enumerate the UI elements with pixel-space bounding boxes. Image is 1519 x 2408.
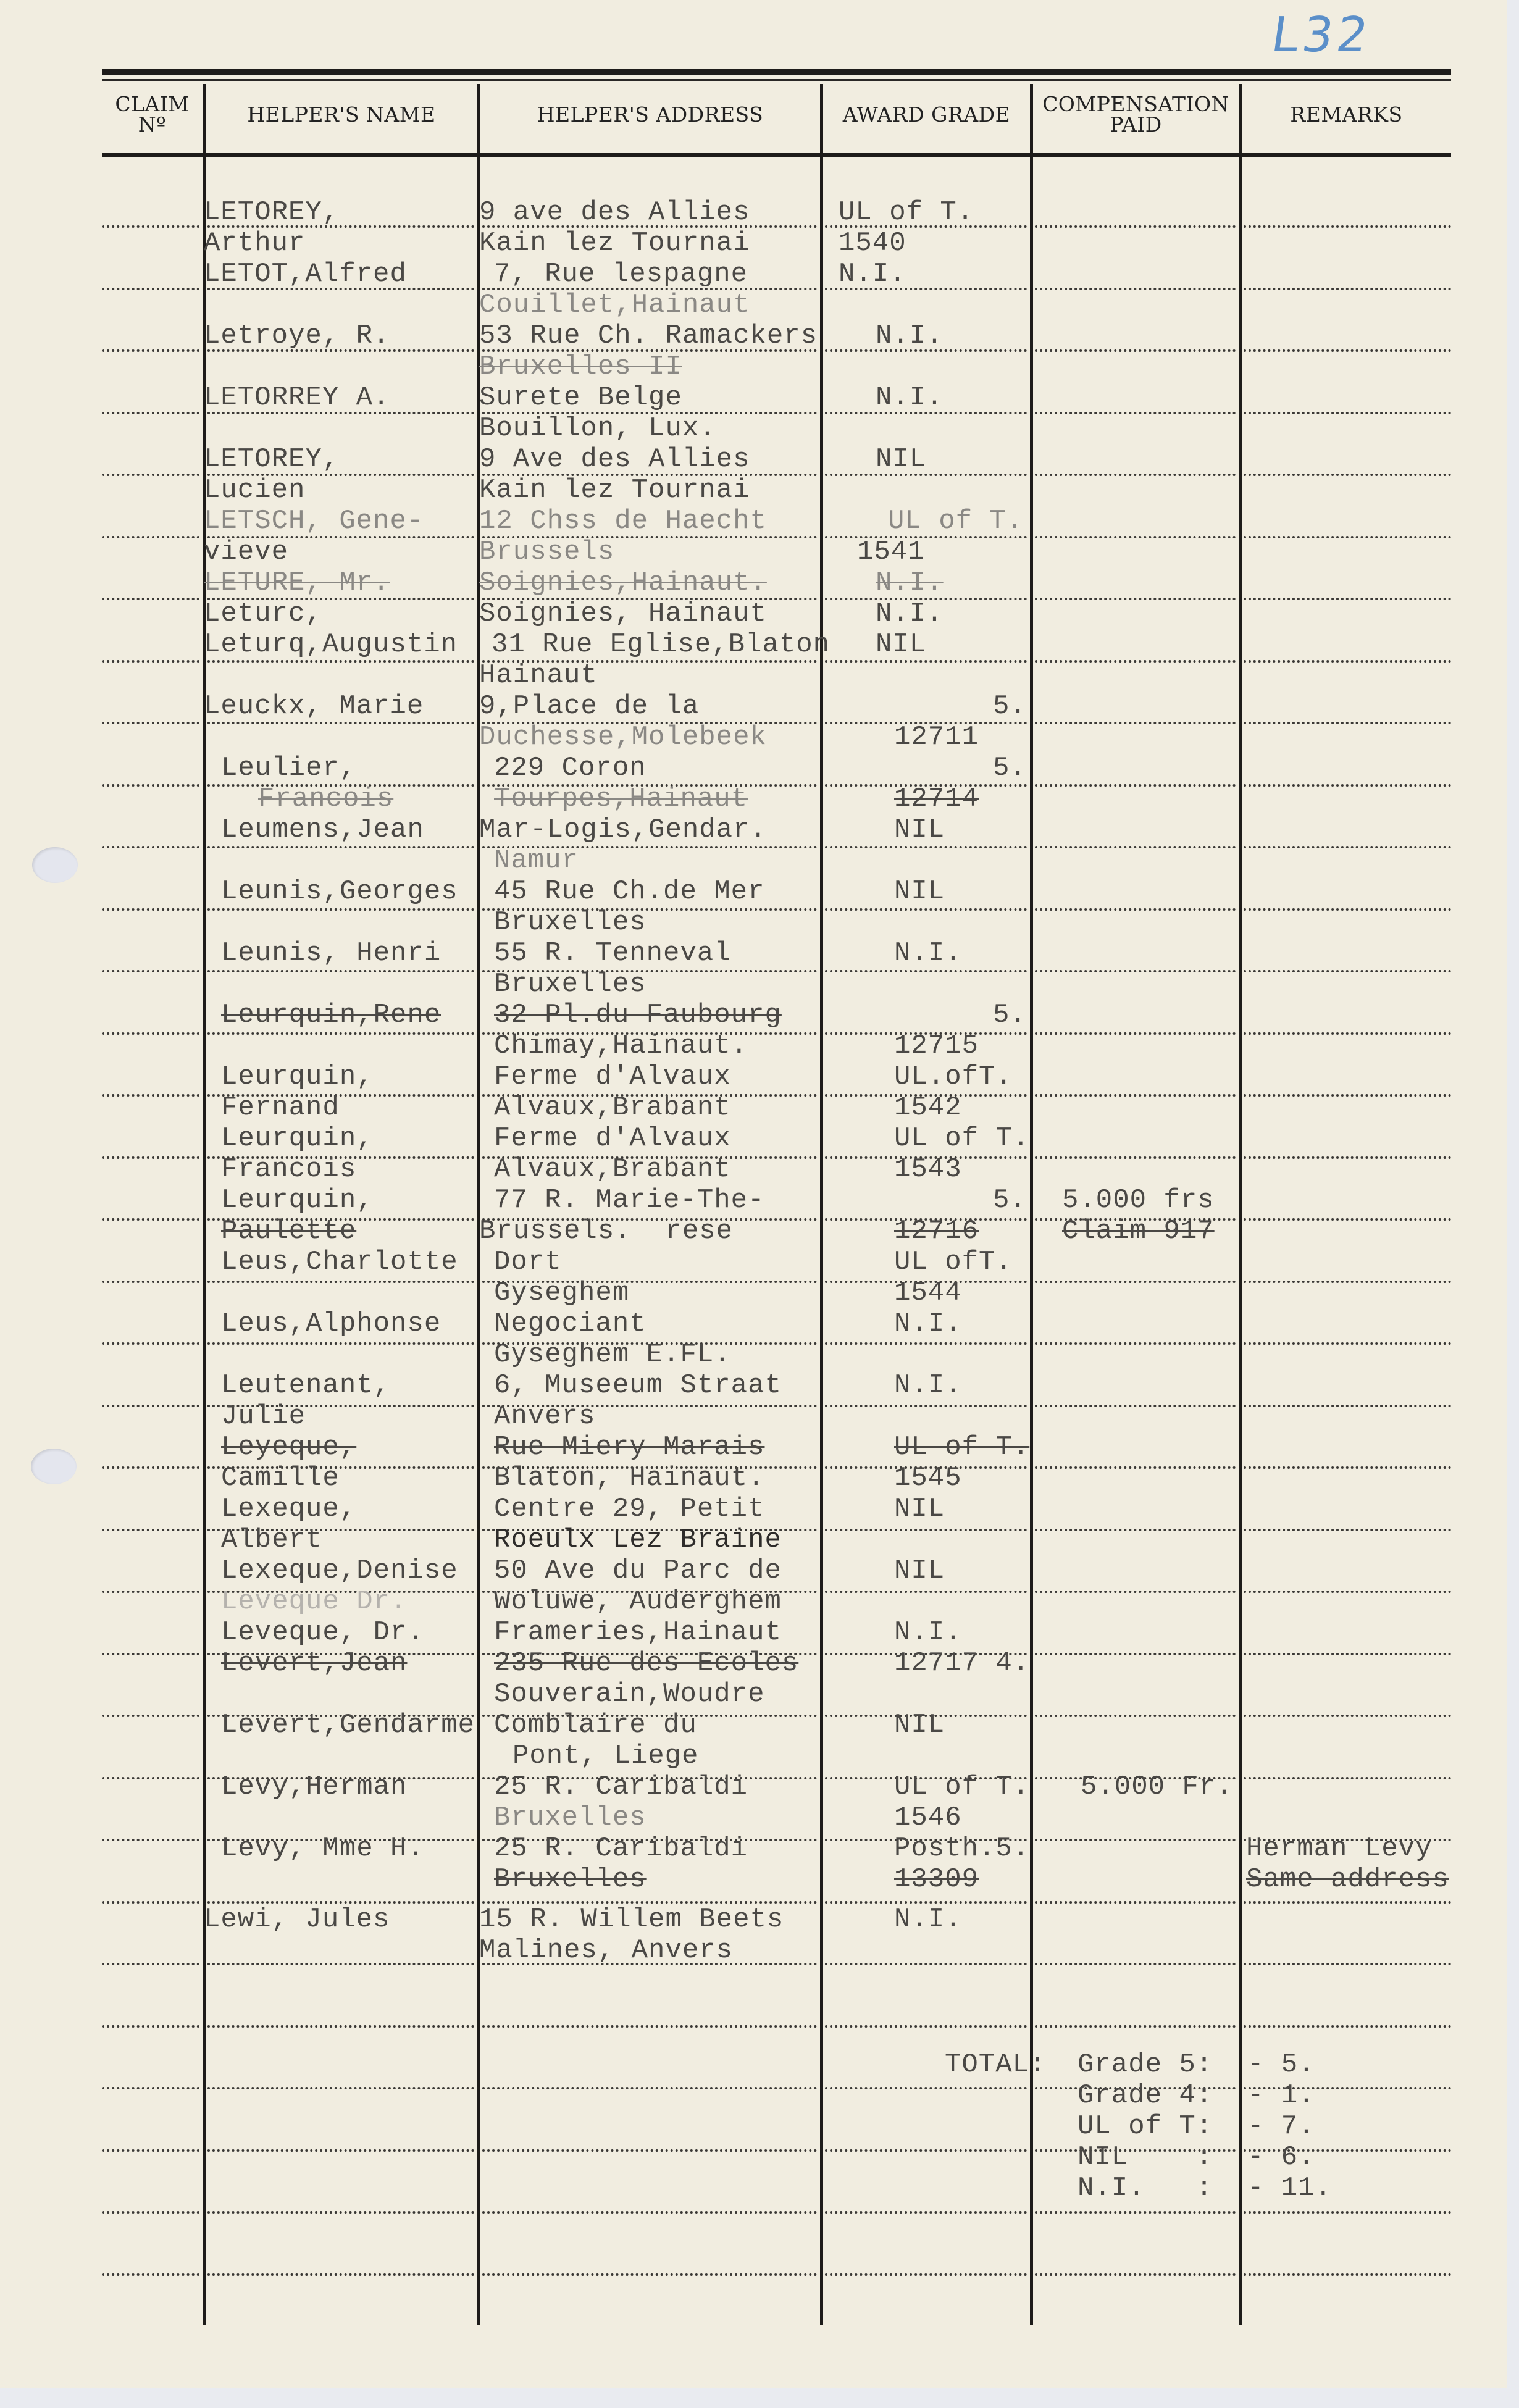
award-line: N.I. xyxy=(839,259,906,289)
award-line: N.I. xyxy=(876,599,944,629)
dotted-rule xyxy=(1035,1466,1236,1469)
dotted-rule xyxy=(1244,1715,1451,1717)
dotted-rule xyxy=(1244,1591,1451,1593)
address-line: Dort xyxy=(494,1247,562,1277)
dotted-rule xyxy=(1035,1839,1236,1841)
award-line: UL of T. xyxy=(894,1772,1029,1802)
dotted-rule xyxy=(1244,1156,1451,1159)
address-line: Soignies, Hainaut xyxy=(479,599,767,629)
dotted-rule xyxy=(1244,1281,1451,1283)
dotted-rule xyxy=(1035,349,1236,352)
dotted-rule xyxy=(102,1218,199,1221)
name-line: Leurquin, xyxy=(221,1062,374,1092)
dotted-rule xyxy=(1035,288,1236,290)
dotted-rule xyxy=(482,2273,817,2276)
dotted-rule xyxy=(1035,474,1236,476)
award-line-struck: 13309 xyxy=(894,1865,979,1894)
address-line: 55 R. Tenneval xyxy=(494,939,731,968)
dotted-rule xyxy=(1035,908,1236,911)
compensation-line: 5.000 frs xyxy=(1062,1185,1215,1215)
dotted-rule xyxy=(1244,225,1451,228)
dotted-rule xyxy=(1244,1653,1451,1655)
dotted-rule xyxy=(1244,784,1451,787)
address-line: Duchesse,Molebeek xyxy=(479,722,767,752)
dotted-rule xyxy=(207,1281,474,1283)
award-line: N.I. xyxy=(894,939,962,968)
header-top-rule xyxy=(102,69,1451,75)
name-line: Julie xyxy=(221,1402,306,1431)
dotted-rule xyxy=(1244,288,1451,290)
award-line: 1545 xyxy=(894,1463,962,1493)
dotted-rule xyxy=(1244,1963,1451,1965)
name-line: Leurquin, xyxy=(221,1124,374,1153)
dotted-rule xyxy=(102,908,199,911)
dotted-rule xyxy=(207,2211,474,2214)
address-line: Hainaut xyxy=(479,661,598,690)
address-line: 45 Rue Ch.de Mer xyxy=(494,877,764,906)
award-line: NIL xyxy=(876,445,926,474)
totals-count: - 1. xyxy=(1247,2081,1315,2110)
dotted-rule xyxy=(1244,970,1451,972)
address-line: Ferme d'Alvaux xyxy=(494,1062,731,1092)
column-divider xyxy=(820,84,823,2325)
address-line: Roeulx Lez Braine xyxy=(494,1525,782,1555)
address-line-struck: Rue Miery Marais xyxy=(494,1432,764,1462)
name-line: Lexeque,Denise xyxy=(221,1556,458,1586)
dotted-rule xyxy=(1244,1094,1451,1097)
name-line: Leus,Alphonse xyxy=(221,1309,441,1339)
dotted-rule xyxy=(1035,225,1236,228)
award-line: 5. xyxy=(993,1000,1027,1030)
dotted-rule xyxy=(1244,660,1451,663)
dotted-rule xyxy=(1244,1032,1451,1035)
dotted-rule xyxy=(825,846,1027,848)
address-line: Brussels. rese xyxy=(479,1216,733,1246)
award-line: NIL xyxy=(876,630,926,659)
header-bottom-rule xyxy=(102,153,1451,157)
dotted-rule xyxy=(102,846,199,848)
award-line: Posth.5. xyxy=(894,1834,1029,1863)
dotted-rule xyxy=(1035,1653,1236,1655)
award-line: 1542 xyxy=(894,1093,962,1122)
address-line: Frameries,Hainaut xyxy=(494,1618,782,1647)
address-line: 9 Ave des Allies xyxy=(479,445,750,474)
dotted-rule xyxy=(825,1342,1027,1345)
address-line-struck: 32 Pl.du Faubourg xyxy=(494,1000,782,1030)
header-helper-address: HELPER'S ADDRESS xyxy=(480,80,820,148)
dotted-rule xyxy=(102,2025,199,2028)
dotted-rule xyxy=(825,2149,1027,2152)
name-line: Albert xyxy=(221,1525,322,1555)
award-line: NIL xyxy=(894,877,945,906)
dotted-rule xyxy=(102,2273,199,2276)
address-line: 25 R. Caribaldi xyxy=(494,1772,748,1802)
award-line: NIL xyxy=(894,1710,945,1740)
dotted-rule xyxy=(825,2087,1027,2089)
name-line: Francois xyxy=(221,1155,356,1184)
dotted-rule xyxy=(482,1901,817,1904)
dotted-rule xyxy=(482,2149,817,2152)
name-line: Lewi, Jules xyxy=(204,1905,390,1934)
address-line-struck: Bruxelles II xyxy=(479,352,682,382)
address-line: 6, Museeum Straat xyxy=(494,1371,782,1400)
dotted-rule xyxy=(1035,412,1236,414)
address-line-struck: Tourpes,Hainaut xyxy=(494,784,748,814)
dotted-rule xyxy=(102,2149,199,2152)
award-line: UL of T. xyxy=(839,198,974,227)
address-line: Surete Belge xyxy=(479,383,682,412)
address-line: Woluwe, Auderghem xyxy=(494,1587,782,1616)
name-line: LETSCH, Gene- xyxy=(204,506,424,536)
dotted-rule xyxy=(102,474,199,476)
dotted-rule xyxy=(207,2025,474,2028)
dotted-rule xyxy=(1035,1032,1236,1035)
dotted-rule xyxy=(825,1901,1027,1904)
award-line: NIL xyxy=(894,1494,945,1524)
address-line: Mar-Logis,Gendar. xyxy=(479,815,767,845)
address-line: Centre 29, Petit xyxy=(494,1494,764,1524)
name-line-struck: LETURE, Mr. xyxy=(204,568,390,598)
dotted-rule xyxy=(102,1156,199,1159)
name-line: Leulier, xyxy=(221,753,356,783)
award-line: N.I. xyxy=(894,1309,962,1339)
totals-count: - 11. xyxy=(1247,2173,1332,2203)
dotted-rule xyxy=(1035,2273,1236,2276)
award-line: 12715 xyxy=(894,1031,979,1061)
totals-grade: UL of T: xyxy=(1078,2112,1213,2141)
award-line: UL ofT. xyxy=(894,1247,1013,1277)
totals-count: - 5. xyxy=(1247,2050,1315,2080)
name-line: Levy, Mme H. xyxy=(221,1834,424,1863)
name-line: LETOREY, xyxy=(204,198,339,227)
name-line: Leunis,Georges xyxy=(221,877,458,906)
address-line: Alvaux,Brabant xyxy=(494,1155,731,1184)
dotted-rule xyxy=(1244,1529,1451,1531)
dotted-rule xyxy=(207,722,474,724)
dotted-rule xyxy=(207,1032,474,1035)
award-line: N.I. xyxy=(876,383,944,412)
address-line: Bouillon, Lux. xyxy=(479,414,716,443)
compensation-line: 5.000 Fr. xyxy=(1081,1772,1233,1802)
name-line: Levy,Herman xyxy=(221,1772,407,1802)
award-line: 1540 xyxy=(839,228,906,258)
name-line: vieve xyxy=(204,537,288,567)
name-line: Leumens,Jean xyxy=(221,815,424,845)
dotted-rule xyxy=(1244,1218,1451,1221)
address-line: Ferme d'Alvaux xyxy=(494,1124,731,1153)
header-claim-no: CLAIM Nº xyxy=(102,80,203,148)
dotted-rule xyxy=(1244,908,1451,911)
dotted-rule xyxy=(102,1963,199,1965)
address-line: Blaton, Hainaut. xyxy=(494,1463,764,1493)
dotted-rule xyxy=(207,970,474,972)
dotted-rule xyxy=(825,1405,1027,1407)
page-reference-annotation: L32 xyxy=(1268,7,1375,63)
address-line: 9 ave des Allies xyxy=(479,198,750,227)
punch-hole-bottom xyxy=(31,1449,77,1484)
dotted-rule xyxy=(207,846,474,848)
name-line: Arthur xyxy=(204,228,305,258)
name-line-struck: Leurquin,Rene xyxy=(221,1000,441,1030)
dotted-rule xyxy=(825,1963,1027,1965)
address-line: Pont, Liege xyxy=(513,1741,698,1771)
name-line: Lexeque, xyxy=(221,1494,356,1524)
dotted-rule xyxy=(1035,1405,1236,1407)
address-line: 15 R. Willem Beets xyxy=(479,1905,784,1934)
award-line: N.I. xyxy=(894,1371,962,1400)
dotted-rule xyxy=(102,1777,199,1779)
totals-grade: N.I. : xyxy=(1078,2173,1213,2203)
name-line: Letroye, R. xyxy=(204,321,390,351)
totals-label: TOTAL: xyxy=(945,2050,1046,2080)
dotted-rule xyxy=(825,970,1027,972)
dotted-rule xyxy=(1244,1405,1451,1407)
award-line: 5. xyxy=(993,1185,1027,1215)
dotted-rule xyxy=(1035,1094,1236,1097)
dotted-rule xyxy=(1244,1777,1451,1779)
address-line: 50 Ave du Parc de xyxy=(494,1556,782,1586)
column-divider xyxy=(1239,84,1242,2325)
name-line: Leutenant, xyxy=(221,1371,390,1400)
dotted-rule xyxy=(825,1529,1027,1531)
dotted-rule xyxy=(1035,1342,1236,1345)
dotted-rule xyxy=(1244,1342,1451,1345)
address-line: 53 Rue Ch. Ramackers xyxy=(479,321,818,351)
remarks-line-struck: Same address xyxy=(1246,1865,1449,1894)
name-line: LETORREY A. xyxy=(204,383,390,412)
dotted-rule xyxy=(825,2025,1027,2028)
award-line: 12717 4. xyxy=(894,1649,1029,1678)
address-line: Negociant xyxy=(494,1309,647,1339)
award-line: 1543 xyxy=(894,1155,962,1184)
dotted-rule xyxy=(482,2087,817,2089)
totals-grade: NIL : xyxy=(1078,2143,1213,2172)
dotted-rule xyxy=(207,1963,474,1965)
dotted-rule xyxy=(102,1529,199,1531)
dotted-rule xyxy=(1244,349,1451,352)
dotted-rule xyxy=(207,2087,474,2089)
award-line: UL.ofT. xyxy=(894,1062,1013,1092)
address-line: Comblaire du xyxy=(494,1710,697,1740)
dotted-rule xyxy=(1035,846,1236,848)
address-line: Gyseghem xyxy=(494,1278,629,1308)
totals-grade: Grade 5: xyxy=(1078,2050,1213,2080)
address-line: Malines, Anvers xyxy=(479,1936,733,1965)
name-line: Leurquin, xyxy=(221,1185,374,1215)
dotted-rule xyxy=(102,1032,199,1035)
name-line: Leturq,Augustin xyxy=(204,630,458,659)
dotted-rule xyxy=(102,598,199,600)
dotted-rule xyxy=(102,2211,199,2214)
dotted-rule xyxy=(207,1342,474,1345)
dotted-rule xyxy=(102,1901,199,1904)
name-line-struck: Leyeque, xyxy=(221,1432,356,1462)
address-line: 31 Rue Eglise,Blaton xyxy=(492,630,830,659)
dotted-rule xyxy=(1035,970,1236,972)
dotted-rule xyxy=(1035,1901,1236,1904)
header-award-grade: AWARD GRADE xyxy=(823,80,1030,148)
name-line: LETOT,Alfred xyxy=(204,259,407,289)
name-line-struck: Francois xyxy=(258,784,393,814)
address-line: Kain lez Tournai xyxy=(479,475,750,505)
dotted-rule xyxy=(102,1715,199,1717)
dotted-rule xyxy=(1244,722,1451,724)
address-line: Chimay,Hainaut. xyxy=(494,1031,748,1061)
dotted-rule xyxy=(102,349,199,352)
name-line: Leturc, xyxy=(204,599,322,629)
form-page: L32 CLAIM Nº HELPER'S NAME HELPER'S ADDR… xyxy=(0,0,1507,2388)
dotted-rule xyxy=(102,970,199,972)
dotted-rule xyxy=(102,225,199,228)
address-line-struck: Bruxelles xyxy=(494,1865,647,1894)
address-line: Anvers xyxy=(494,1402,595,1431)
name-line-struck: Paulette xyxy=(221,1216,356,1246)
dotted-rule xyxy=(825,1591,1027,1593)
address-line: 9,Place de la xyxy=(479,692,699,721)
column-divider xyxy=(203,84,206,2325)
award-line: N.I. xyxy=(894,1618,962,1647)
dotted-rule xyxy=(102,1281,199,1283)
totals-count: - 7. xyxy=(1247,2112,1315,2141)
dotted-rule xyxy=(1035,1591,1236,1593)
dotted-rule xyxy=(1244,536,1451,538)
dotted-rule xyxy=(102,660,199,663)
dotted-rule xyxy=(207,2273,474,2276)
dotted-rule xyxy=(1035,722,1236,724)
dotted-rule xyxy=(1035,2211,1236,2214)
name-line: Leus,Charlotte xyxy=(221,1247,458,1277)
remarks-line: Herman Levy xyxy=(1246,1834,1432,1863)
dotted-rule xyxy=(207,2149,474,2152)
dotted-rule xyxy=(1244,2211,1451,2214)
dotted-rule xyxy=(207,1901,474,1904)
address-line: Bruxelles xyxy=(494,908,647,937)
dotted-rule xyxy=(1035,1156,1236,1159)
dotted-rule xyxy=(825,2211,1027,2214)
dotted-rule xyxy=(1244,1901,1451,1904)
name-line: Lucien xyxy=(204,475,305,505)
address-line-struck: Soignies,Hainaut. xyxy=(479,568,767,598)
header-remarks: REMARKS xyxy=(1242,80,1451,148)
dotted-rule xyxy=(207,660,474,663)
award-line: 5. xyxy=(993,753,1027,783)
dotted-rule xyxy=(1035,1963,1236,1965)
award-line: 1546 xyxy=(894,1803,962,1833)
dotted-rule xyxy=(102,2087,199,2089)
dotted-rule xyxy=(102,1094,199,1097)
dotted-rule xyxy=(102,412,199,414)
dotted-rule xyxy=(1244,2025,1451,2028)
address-line: Bruxelles xyxy=(494,1803,647,1833)
award-line-struck: N.I. xyxy=(876,568,944,598)
dotted-rule xyxy=(825,660,1027,663)
award-line: 1541 xyxy=(857,537,925,567)
award-line: 1544 xyxy=(894,1278,962,1308)
dotted-rule xyxy=(1035,598,1236,600)
dotted-rule xyxy=(102,784,199,787)
dotted-rule xyxy=(207,908,474,911)
name-line: Levert,Gendarme xyxy=(221,1710,475,1740)
name-line: LETOREY, xyxy=(204,445,339,474)
address-line: Couillet,Hainaut xyxy=(479,290,750,320)
address-line: 12 Chss de Haecht xyxy=(479,506,767,536)
header-helper-name: HELPER'S NAME xyxy=(206,80,477,148)
name-line: Leunis, Henri xyxy=(221,939,441,968)
name-line-struck: Levert,Jean xyxy=(221,1649,407,1678)
address-line: Alvaux,Brabant xyxy=(494,1093,731,1122)
dotted-rule xyxy=(102,722,199,724)
name-line: Leveque, Dr. xyxy=(221,1618,424,1647)
award-line-struck: UL of T. xyxy=(894,1432,1029,1462)
address-line: 7, Rue lespagne xyxy=(494,259,748,289)
dotted-rule xyxy=(1035,536,1236,538)
compensation-line-struck: Claim 917 xyxy=(1062,1216,1215,1246)
dotted-rule xyxy=(1244,1466,1451,1469)
dotted-rule xyxy=(482,2211,817,2214)
award-line: 5. xyxy=(993,692,1027,721)
dotted-rule xyxy=(482,2025,817,2028)
dotted-rule xyxy=(102,1653,199,1655)
header-compensation-paid: COMPENSATION PAID xyxy=(1033,80,1239,148)
award-line: UL of T. xyxy=(888,506,1023,536)
dotted-rule xyxy=(102,1342,199,1345)
dotted-rule xyxy=(1244,846,1451,848)
award-line-struck: 12716 xyxy=(894,1216,979,1246)
award-line: NIL xyxy=(894,1556,945,1586)
dotted-rule xyxy=(825,2273,1027,2276)
address-line: Bruxelles xyxy=(494,969,647,999)
name-line: Fernand xyxy=(221,1093,340,1122)
dotted-rule xyxy=(1035,784,1236,787)
punch-hole-top xyxy=(32,847,78,883)
dotted-rule xyxy=(1244,474,1451,476)
column-divider xyxy=(1030,84,1033,2325)
dotted-rule xyxy=(102,1405,199,1407)
award-line: UL of T. xyxy=(894,1124,1029,1153)
totals-count: - 6. xyxy=(1247,2143,1315,2172)
address-line: Gyseghem E.FL. xyxy=(494,1340,731,1369)
dotted-rule xyxy=(102,1466,199,1469)
address-line: 229 Coron xyxy=(494,753,647,783)
dotted-rule xyxy=(102,288,199,290)
name-line-faint: Leveque Dr. xyxy=(221,1587,407,1616)
address-line-struck: 235 Rue des Ecoles xyxy=(494,1649,798,1678)
award-line: 12711 xyxy=(894,722,979,752)
dotted-rule xyxy=(1244,2273,1451,2276)
dotted-rule xyxy=(102,536,199,538)
dotted-rule xyxy=(1035,660,1236,663)
address-line: 77 R. Marie-The- xyxy=(494,1185,764,1215)
award-line-struck: 12714 xyxy=(894,784,979,814)
address-line: 25 R. Caribaldi xyxy=(494,1834,748,1863)
dotted-rule xyxy=(1244,598,1451,600)
address-line: Souverain,Woudre xyxy=(494,1679,764,1709)
address-line: Kain lez Tournai xyxy=(479,228,750,258)
dotted-rule xyxy=(825,908,1027,911)
dotted-rule xyxy=(102,1591,199,1593)
dotted-rule xyxy=(1035,1529,1236,1531)
name-line: Leuckx, Marie xyxy=(204,692,424,721)
award-line: N.I. xyxy=(876,321,944,351)
dotted-rule xyxy=(102,1839,199,1841)
dotted-rule xyxy=(1035,1281,1236,1283)
award-line: N.I. xyxy=(894,1905,962,1934)
dotted-rule xyxy=(1244,412,1451,414)
award-line: NIL xyxy=(894,815,945,845)
dotted-rule xyxy=(1035,1715,1236,1717)
name-line: Camille xyxy=(221,1463,340,1493)
totals-grade: Grade 4: xyxy=(1078,2081,1213,2110)
